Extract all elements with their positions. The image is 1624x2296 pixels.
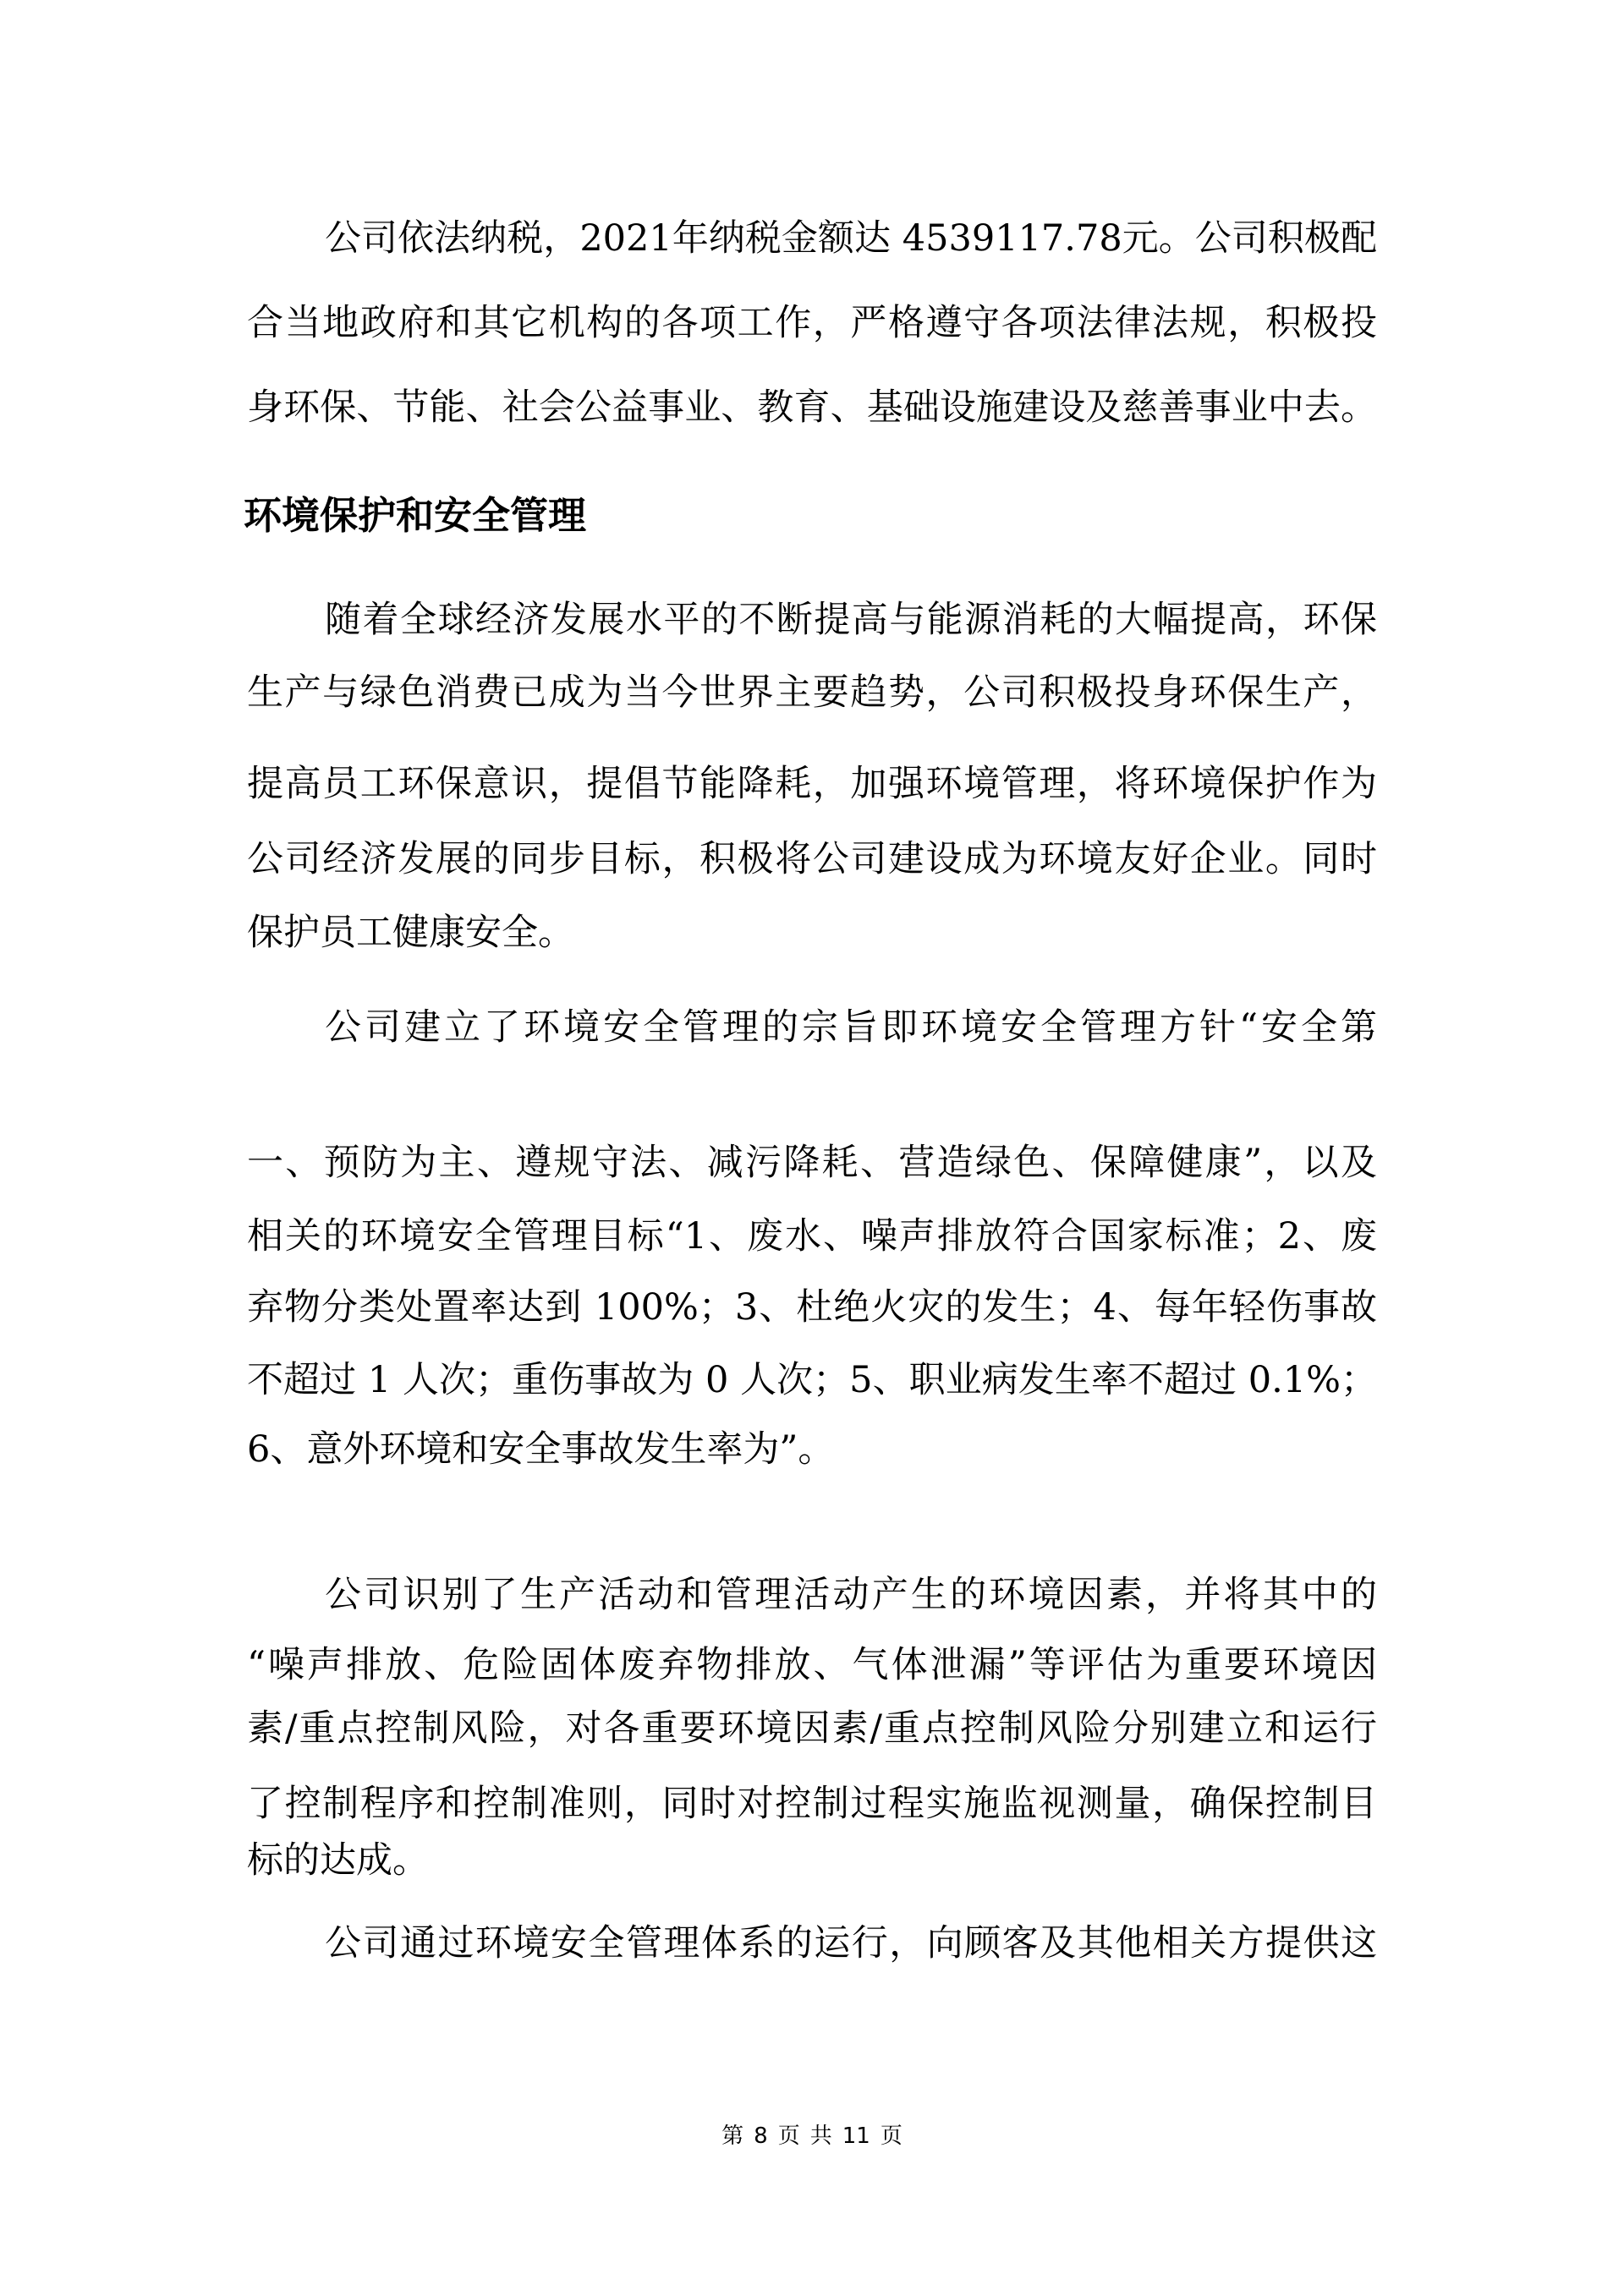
text-line: 公司建立了环境安全管理的宗旨即环境安全管理方针“安全第 <box>325 1002 1377 1053</box>
current-page-number: 8 <box>754 2123 768 2149</box>
text-line: 弃物分类处置率达到 100%；3、杜绝火灾的发生；4、每年轻伤事故 <box>247 1282 1377 1333</box>
text-line: 相关的环境安全管理目标“1、废水、噪声排放符合国家标准；2、废 <box>247 1211 1377 1262</box>
text-line: 公司依法纳税，2021年纳税金额达 4539117.78元。公司积极配 <box>325 213 1377 264</box>
page-footer: 第8页共11页 <box>0 2121 1624 2151</box>
text-line: 公司通过环境安全管理体系的运行，向顾客及其他相关方提供这 <box>325 1918 1377 1969</box>
footer-total-word: 共 <box>810 2123 832 2149</box>
text-line: 合当地政府和其它机构的各项工作，严格遵守各项法律法规，积极投 <box>247 298 1377 348</box>
text-line: 生产与绿色消费已成为当今世界主要趋势，公司积极投身环保生产， <box>247 667 1377 718</box>
text-line: 不超过 1 人次；重伤事故为 0 人次；5、职业病发生率不超过 0.1%； <box>247 1355 1377 1406</box>
footer-page-word: 页 <box>778 2123 800 2149</box>
text-line: 公司识别了生产活动和管理活动产生的环境因素，并将其中的 <box>325 1570 1377 1620</box>
text-line: 标的达成。 <box>247 1835 1377 1886</box>
section-heading: 环境保护和安全管理 <box>244 490 586 541</box>
footer-prefix: 第 <box>721 2123 743 2149</box>
text-line: 身环保、节能、社会公益事业、教育、基础设施建设及慈善事业中去。 <box>247 382 1377 433</box>
total-pages-number: 11 <box>842 2123 870 2149</box>
text-line: 6、意外环境和安全事故发生率为”。 <box>247 1424 1377 1475</box>
text-line: 公司经济发展的同步目标，积极将公司建设成为环境友好企业。同时 <box>247 834 1377 885</box>
footer-suffix: 页 <box>881 2123 903 2149</box>
text-line: 一、预防为主、遵规守法、减污降耗、营造绿色、保障健康”，以及 <box>247 1137 1377 1188</box>
text-line: 了控制程序和控制准则，同时对控制过程实施监视测量，确保控制目 <box>247 1778 1377 1829</box>
text-line: “噪声排放、危险固体废弃物排放、气体泄漏”等评估为重要环境因 <box>247 1640 1377 1690</box>
document-page: 公司依法纳税，2021年纳税金额达 4539117.78元。公司积极配 合当地政… <box>0 0 1624 2296</box>
text-line: 素/重点控制风险，对各重要环境因素/重点控制风险分别建立和运行 <box>247 1703 1377 1754</box>
text-line: 提高员工环保意识，提倡节能降耗，加强环境管理，将环境保护作为 <box>247 759 1377 809</box>
text-line: 保护员工健康安全。 <box>247 907 1377 958</box>
text-line: 随着全球经济发展水平的不断提高与能源消耗的大幅提高，环保 <box>325 595 1377 645</box>
